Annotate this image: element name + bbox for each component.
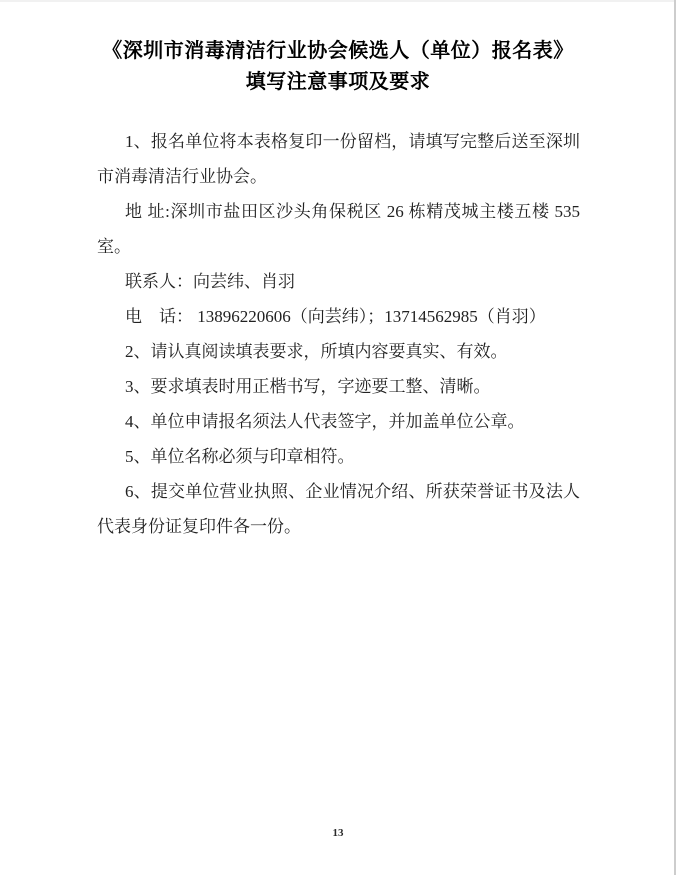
paragraph: 5、单位名称必须与印章相符。 (97, 439, 580, 474)
page-top-edge (0, 0, 676, 2)
document-page: 《深圳市消毒清洁行业协会候选人（单位）报名表》 填写注意事项及要求 1、报名单位… (0, 0, 676, 875)
page-number: 13 (333, 827, 344, 839)
paragraph: 1、报名单位将本表格复印一份留档，请填写完整后送至深圳市消毒清洁行业协会。 (97, 124, 580, 194)
paragraph: 联系人：向芸纬、肖羽 (97, 264, 580, 299)
paragraph: 地 址:深圳市盐田区沙头角保税区 26 栋精茂城主楼五楼 535 室。 (97, 194, 580, 264)
document-title: 《深圳市消毒清洁行业协会候选人（单位）报名表》 填写注意事项及要求 (0, 0, 676, 98)
paragraph: 4、单位申请报名须法人代表签字，并加盖单位公章。 (97, 404, 580, 439)
paragraph: 3、要求填表时用正楷书写，字迹要工整、清晰。 (97, 369, 580, 404)
paragraph: 电 话： 13896220606（向芸纬）；13714562985（肖羽） (97, 299, 580, 334)
paragraph: 6、提交单位营业执照、企业情况介绍、所获荣誉证书及法人代表身份证复印件各一份。 (97, 474, 580, 544)
title-line-1: 《深圳市消毒清洁行业协会候选人（单位）报名表》 (0, 36, 676, 67)
page-footer: 13 (0, 826, 676, 840)
title-line-2: 填写注意事项及要求 (0, 67, 676, 98)
document-body: 1、报名单位将本表格复印一份留档，请填写完整后送至深圳市消毒清洁行业协会。地 址… (97, 124, 580, 544)
paragraph: 2、请认真阅读填表要求，所填内容要真实、有效。 (97, 334, 580, 369)
